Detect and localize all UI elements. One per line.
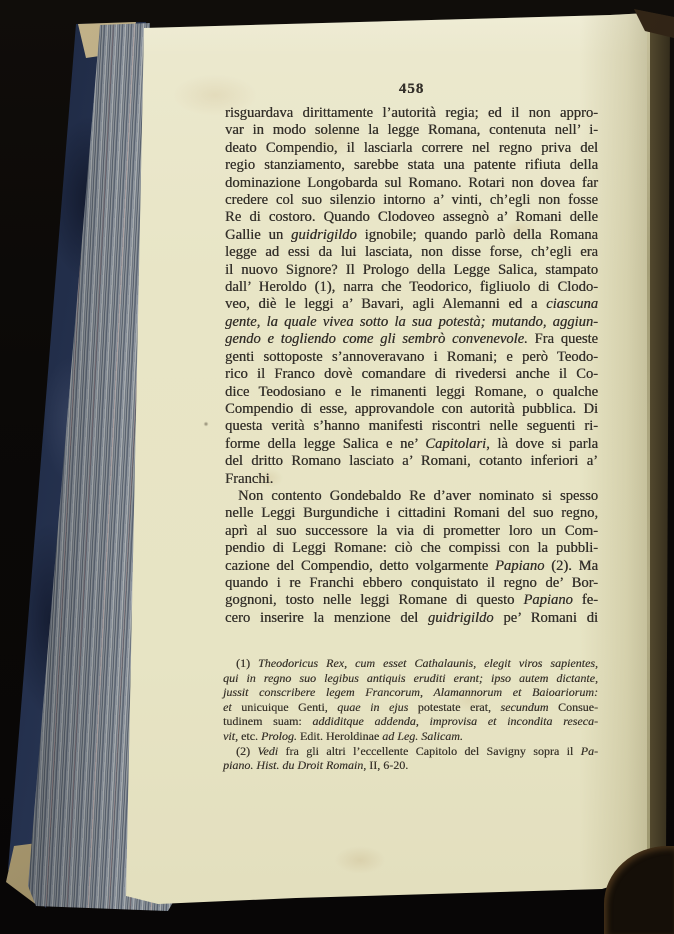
text-line: et unicuique Genti, quae in ejus potesta… (223, 700, 598, 715)
text-line: Non contento Gondebaldo Re d’aver nomina… (225, 488, 598, 505)
text-line: regio stanziamento, sarebbe stata una pa… (225, 157, 598, 174)
text-line: (2) Vedi fra gli altri l’eccellente Capi… (223, 744, 598, 759)
body-text: risguardava dirittamente l’autorità regi… (225, 105, 598, 627)
text-line: legge ad essi da lui lasciata, non disse… (225, 244, 598, 261)
text-line: Gallie un guidrigildo ignobile; quando p… (225, 227, 598, 244)
text-line: piano. Hist. du Droit Romain, II, 6-20. (223, 758, 598, 773)
text-line: gendo e togliendo come gli sembrò conven… (225, 331, 598, 348)
text-line: jussit conscribere legem Francorum, Alam… (223, 685, 598, 700)
text-line: veo, diè le leggi a’ Bavari, agli Aleman… (225, 296, 598, 313)
page-number: 458 (225, 81, 598, 98)
text-line: cazione del Compendio, detto volgarmente… (225, 558, 598, 575)
page-gutter (647, 14, 650, 860)
text-line: qui in regno suo legibus antiquis erudit… (223, 671, 598, 686)
text-line: gente, la quale vivea sotto la sua potes… (225, 314, 598, 331)
text-line: Compendio di esse, approvandole con auto… (225, 401, 598, 418)
text-line: Re di costoro. Quando Clodoveo assegnò a… (225, 209, 598, 226)
text-line: quando i re Franchi ebbero conquistato i… (225, 575, 598, 592)
text-line: forme della legge Salica e ne’ Capitolar… (225, 436, 598, 453)
text-line: pendio di Leggi Romane: ciò che compissi… (225, 540, 598, 557)
book-photo: 458 risguardava dirittamente l’autorità … (0, 0, 674, 934)
text-line: il nuovo Signore? Il Prologo della Legge… (225, 262, 598, 279)
text-line: deato Compendio, il lasciarla correre ne… (225, 140, 598, 157)
text-line: tudinem suam: addiditque addenda, improv… (223, 714, 598, 729)
text-line: genti sottoposte s’annoveravano i Romani… (225, 349, 598, 366)
text-line: risguardava dirittamente l’autorità regi… (225, 105, 598, 122)
footnote-section: (1) Theodoricus Rex, cum esset Cathalaun… (223, 656, 598, 773)
text-line: del dritto Romano lasciato a’ Romani, co… (225, 453, 598, 470)
text-line: (1) Theodoricus Rex, cum esset Cathalaun… (223, 656, 598, 671)
text-line: rico il Franco dovè comandare di riveder… (225, 366, 598, 383)
text-line: vit, etc. Prolog. Edit. Heroldinae ad Le… (223, 729, 598, 744)
text-line: dall’ Heroldo (1), narra che Teodorico, … (225, 279, 598, 296)
text-line: questa verità s’hanno manifesti riscontr… (225, 418, 598, 435)
text-line: credere col suo silenzio intorno a’ vint… (225, 192, 598, 209)
text-line: gognoni, tosto nelle leggi Romane di que… (225, 592, 598, 609)
text-line: dominazione Longobarda sul Romano. Rotar… (225, 175, 598, 192)
text-line: dice Teodosiano e le rimanenti leggi Rom… (225, 384, 598, 401)
text-line: aprì al suo successore la via di promett… (225, 523, 598, 540)
text-line: cero inserire la menzione del guidrigild… (225, 610, 598, 627)
text-line: Franchi. (225, 471, 598, 488)
text-line: nelle Leggi Burgundiche i cittadini Roma… (225, 505, 598, 522)
text-line: var in modo solenne la legge Romana, con… (225, 122, 598, 139)
